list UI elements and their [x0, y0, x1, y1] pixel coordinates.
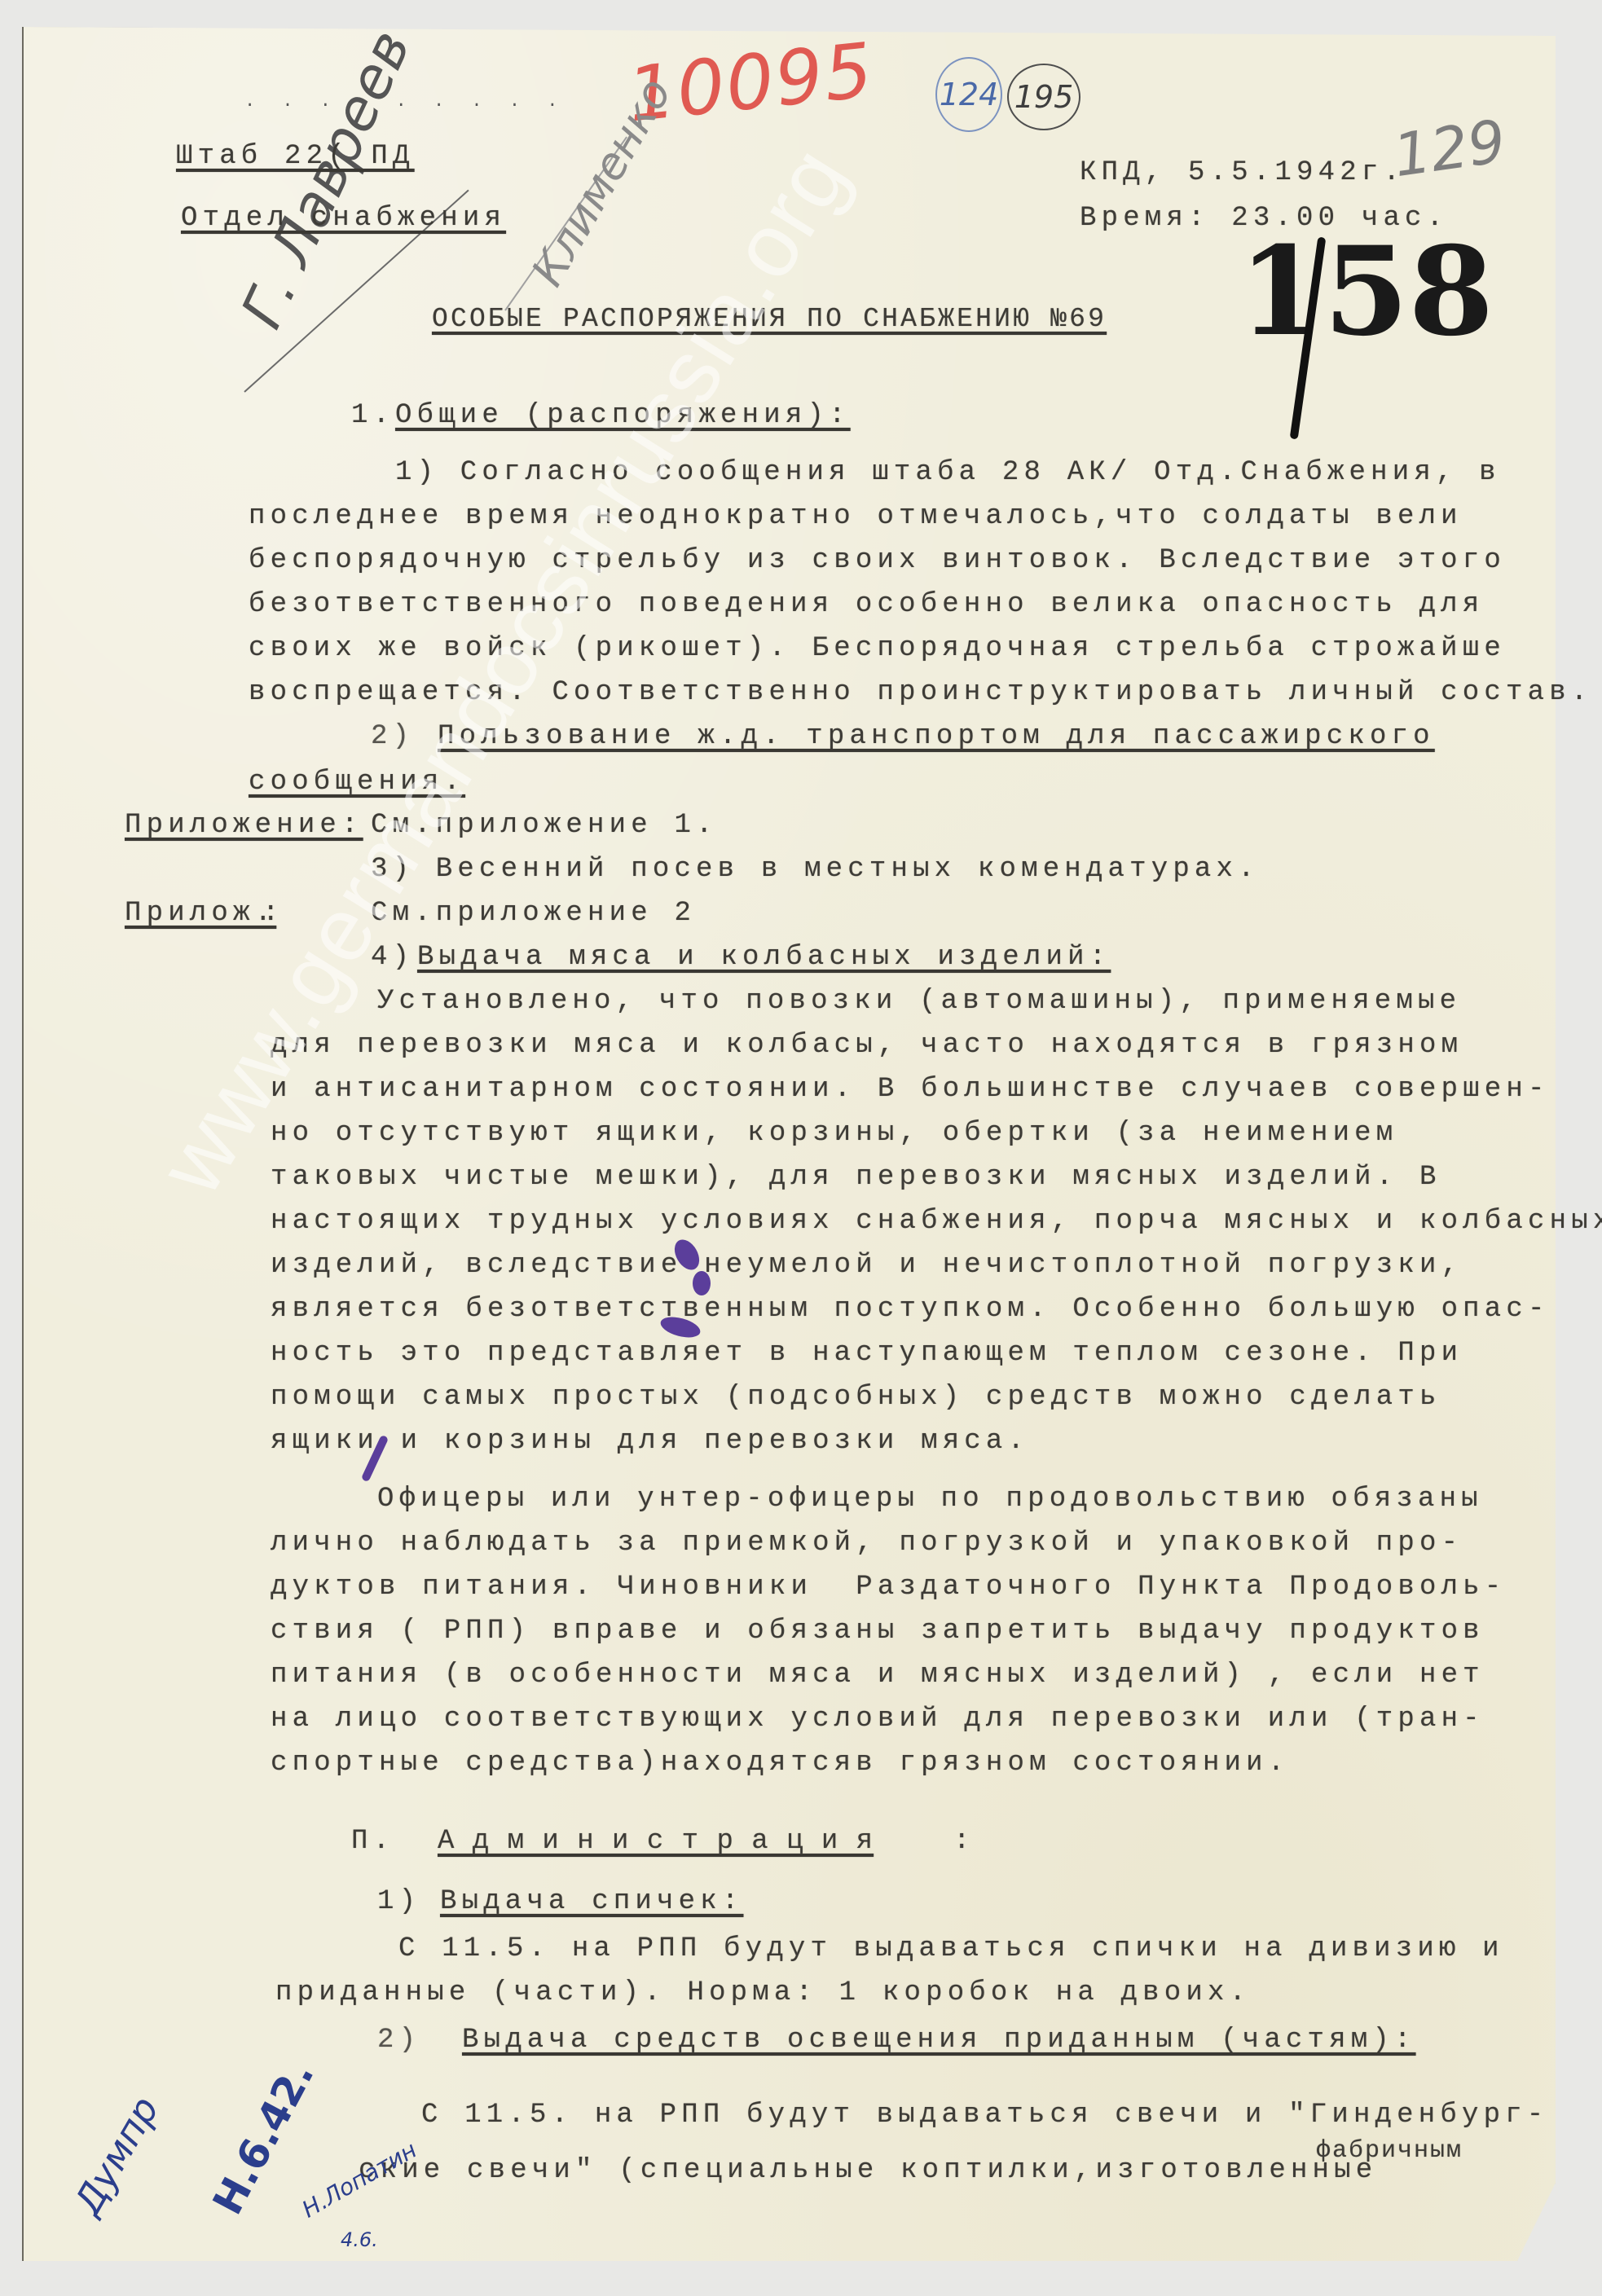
- item4-para2-line: ствия ( РПП) вправе и обязаны запретить …: [271, 1615, 1485, 1647]
- section2-heading: А д м и н и с т р а ц и я: [438, 1825, 874, 1858]
- s2-item2-number: 2): [377, 2024, 420, 2056]
- item4-para2-line: Офицеры или унтер-офицеры по продовольст…: [377, 1483, 1483, 1515]
- item1-line: беспорядочную стрельбу из своих винтовок…: [249, 544, 1506, 577]
- item4-para2-line: спортные средства)находятсяв грязном сос…: [271, 1747, 1289, 1779]
- item2-heading: Пользование ж.д. транспортом для пассажи…: [438, 720, 1435, 753]
- s2-item2-line: ские свечи" (специальные коптилки,изгото…: [359, 2154, 1377, 2187]
- s2-item1-line: приданные (части). Норма: 1 коробок на д…: [275, 1977, 1251, 2009]
- item4-para1-line: для перевозки мяса и колбасы, часто нахо…: [271, 1029, 1463, 1062]
- item4-para1-line: изделий, вследствие неумелой и нечистопл…: [271, 1249, 1463, 1282]
- item4-heading: Выдача мяса и колбасных изделий:: [417, 941, 1111, 974]
- folio-number-black: 195: [1014, 79, 1074, 115]
- item4-para2-line: питания (в особенности мяса и мясных изд…: [271, 1659, 1485, 1691]
- item1-line: своих же войск (рикошет). Беспорядочная …: [249, 632, 1506, 665]
- item4-para1-line: помощи самых простых (подсобных) средств…: [271, 1381, 1441, 1414]
- s2-item1-heading: Выдача спичек:: [440, 1885, 743, 1918]
- ink-blot: [693, 1271, 711, 1295]
- attachment2-colon: :: [262, 897, 284, 930]
- item3: 3) Весенний посев в местных комендатурах…: [371, 853, 1260, 886]
- header-department: Отдел снабжения: [181, 202, 506, 235]
- handwritten-note-date: 4.6.: [341, 2228, 378, 2251]
- attachment2-label: Прилож.: [125, 897, 276, 930]
- item4-para1-line: настоящих трудных условиях снабжения, по…: [271, 1205, 1602, 1238]
- item1-line: безответственного поведения особенно вел…: [249, 588, 1484, 621]
- item4-para2-line: дуктов питания. Чиновники Раздаточного П…: [271, 1571, 1506, 1603]
- item4-para1-line: Установлено, что повозки (автомашины), п…: [377, 985, 1461, 1018]
- s2-item2-heading: Выдача средств освещения приданным (част…: [462, 2024, 1416, 2056]
- s2-item2-line: С 11.5. на РПП будут выдаваться свечи и …: [421, 2099, 1548, 2131]
- folio-number-blue-circled: 124: [935, 57, 1002, 132]
- large-handwritten-number: 158: [1239, 220, 1494, 363]
- item4-para1-line: таковых чистые мешки), для перевозки мяс…: [271, 1161, 1441, 1194]
- item4-para1-line: и антисанитарном состоянии. В большинств…: [271, 1073, 1550, 1106]
- header-unit: Штаб 22( ПД: [176, 140, 415, 173]
- s2-item1-line: С 11.5. на РПП будут выдаваться спички н…: [398, 1933, 1504, 1965]
- header-time: Время: 23.00 час.: [1080, 202, 1448, 235]
- folio-number-blue: 124: [940, 77, 999, 112]
- item4-para2-line: на лицо соответствующих условий для пере…: [271, 1703, 1485, 1735]
- s2-item1-number: 1): [377, 1885, 420, 1918]
- attachment1-label: Приложение:: [125, 809, 363, 842]
- item4-para1-line: является безответственным поступком. Осо…: [271, 1293, 1550, 1326]
- section1-number: 1.: [351, 399, 394, 432]
- item4-para2-line: лично наблюдать за приемкой, погрузкой и…: [271, 1527, 1463, 1559]
- item4-para1-line: ность это представляет в наступающем теп…: [271, 1337, 1463, 1370]
- item1-line: последнее время неоднократно отмечалось,…: [249, 500, 1463, 533]
- folio-number-black-circled: 195: [1007, 64, 1080, 130]
- s2-item2-insert: фабричным: [1316, 2135, 1463, 2167]
- section2-heading-colon: :: [953, 1825, 975, 1858]
- section2-number: П.: [351, 1825, 394, 1858]
- header-place-date: КПД, 5.5.1942г.: [1080, 156, 1405, 189]
- item4-para1-line: но отсутствуют ящики, корзины, обертки (…: [271, 1117, 1397, 1150]
- typed-dots-decoration: . . . . . . . . .: [244, 91, 566, 112]
